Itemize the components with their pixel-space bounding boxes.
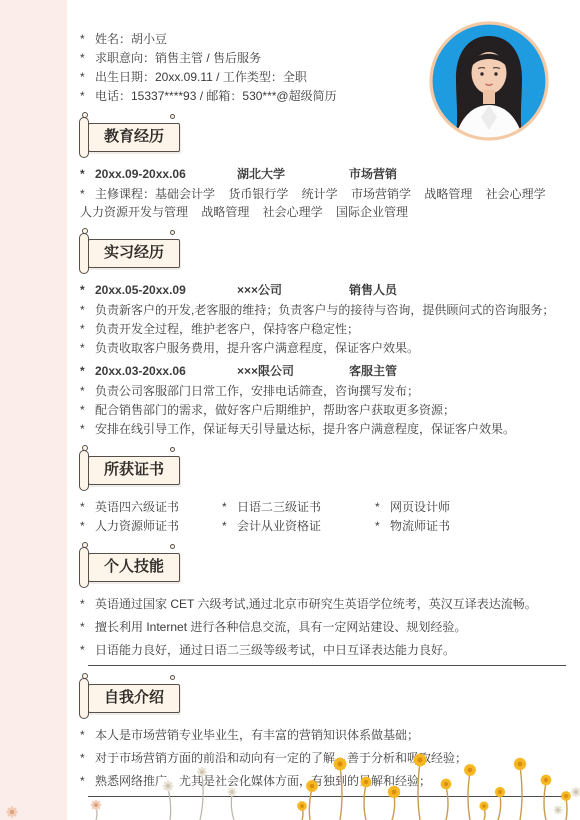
internship-section-header: 实习经历	[88, 239, 180, 268]
scroll-nub-icon	[82, 112, 88, 118]
certificate-text: 英语四六级证书	[95, 500, 179, 514]
certificate-text: 日语二三级证书	[237, 500, 321, 514]
job-duty-item: *负责新客户的开发,老客服的维持；负责客户与的接待与咨询，提供顾问式的咨询服务；	[80, 301, 566, 319]
job-duty-item: *配合销售部门的需求，做好客户后期维护，帮助客户获取更多资源；	[80, 401, 566, 419]
job-duty-item: *负责公司客服部门日常工作，安排电话筛查，咨询撰写发布；	[80, 382, 566, 400]
skill-text: 擅长利用 Internet 进行各种信息交流，具有一定网站建设、规划经验。	[95, 620, 466, 634]
bullet-star: *	[80, 401, 95, 419]
skill-text: 英语通过国家 CET 六级考试,通过北京市研究生英语学位统考，英汉互译表达流畅。	[95, 597, 537, 611]
personal-contact-line: *电话：15337****93 / 邮箱：530***@超级简历	[80, 87, 566, 105]
resume-page: *姓名：胡小豆 *求职意向：销售主管 / 售后服务 *出生日期：20xx.09.…	[0, 0, 580, 820]
scroll-nub-icon	[82, 673, 88, 679]
job-duty-item: *负责收取客户服务费用，提升客户满意程度，保证客户效果。	[80, 339, 566, 357]
bullet-star: *	[80, 68, 95, 86]
personal-birth-text: 出生日期：20xx.09.11 / 工作类型：全职	[95, 70, 307, 84]
certificate-item: *人力资源师证书	[80, 517, 222, 535]
internship-section: 实习经历 * 20xx.05-20xx.09 ×××公司 销售人员 *负责新客户…	[80, 239, 566, 438]
bullet-star: *	[80, 420, 95, 438]
personal-contact-text: 电话：15337****93 / 邮箱：530***@超级简历	[95, 89, 337, 103]
skills-section: 个人技能 *英语通过国家 CET 六级考试,通过北京市研究生英语学位统考，英汉互…	[80, 553, 566, 666]
scroll-roll-icon	[79, 547, 89, 588]
bullet-star: *	[80, 30, 95, 48]
scroll-nub-icon	[170, 230, 175, 235]
bullet-star: *	[80, 498, 95, 516]
job-company: ×××限公司	[237, 362, 349, 380]
flower-decoration-image	[0, 748, 580, 820]
certificates-section-title: 所获证书	[88, 456, 180, 485]
scroll-nub-icon	[170, 447, 175, 452]
bullet-star: *	[80, 281, 95, 299]
job-duty-list: *负责新客户的开发,老客服的维持；负责客户与的接待与咨询，提供顾问式的咨询服务；…	[80, 301, 566, 357]
skills-section-header: 个人技能	[88, 553, 180, 582]
bullet-star: *	[80, 517, 95, 535]
bullet-star: *	[222, 498, 237, 516]
certificate-text: 物流师证书	[390, 519, 450, 533]
skills-list: *英语通过国家 CET 六级考试,通过北京市研究生英语学位统考，英汉互译表达流畅…	[80, 595, 566, 659]
scroll-nub-icon	[82, 445, 88, 451]
certificates-section-header: 所获证书	[88, 456, 180, 485]
education-courses-line: *主修课程：基础会计学 货币银行学 统计学 市场营销学 战略管理 社会心理学 人…	[80, 185, 566, 221]
skill-text: 日语能力良好，通过日语二三级等级考试，中日互译表达能力良好。	[95, 643, 455, 657]
education-entry-row: * 20xx.09-20xx.06 湖北大学 市场营销	[80, 165, 566, 183]
job-duty-text: 负责开发全过程，维护老客户，保持客户稳定性；	[95, 322, 359, 336]
personal-birth-line: *出生日期：20xx.09.11 / 工作类型：全职	[80, 68, 566, 86]
resume-content: *姓名：胡小豆 *求职意向：销售主管 / 售后服务 *出生日期：20xx.09.…	[0, 0, 580, 797]
certificate-text: 网页设计师	[390, 500, 450, 514]
bullet-star: *	[375, 517, 390, 535]
scroll-nub-icon	[170, 114, 175, 119]
education-section-header: 教育经历	[88, 123, 180, 152]
bullet-star: *	[80, 87, 95, 105]
scroll-nub-icon	[82, 542, 88, 548]
job-period: 20xx.05-20xx.09	[95, 281, 237, 299]
skills-section-title: 个人技能	[88, 553, 180, 582]
bullet-star: *	[80, 320, 95, 338]
bullet-star: *	[80, 362, 95, 380]
bullet-star: *	[80, 185, 95, 203]
personal-objective-text: 求职意向：销售主管 / 售后服务	[95, 51, 261, 65]
certificates-grid: *英语四六级证书 *日语二三级证书 *网页设计师 *人力资源师证书 *会计从业资…	[80, 498, 566, 535]
job-duty-text: 负责公司客服部门日常工作，安排电话筛查，咨询撰写发布；	[95, 384, 419, 398]
bullet-star: *	[80, 382, 95, 400]
scroll-roll-icon	[79, 450, 89, 491]
education-major: 市场营销	[349, 165, 566, 183]
certificates-section: 所获证书 *英语四六级证书 *日语二三级证书 *网页设计师 *人力资源师证书 *…	[80, 456, 566, 535]
skill-item: *英语通过国家 CET 六级考试,通过北京市研究生英语学位统考，英汉互译表达流畅…	[80, 595, 566, 613]
self-intro-item: *本人是市场营销专业毕业生，有丰富的营销知识体系做基础；	[80, 726, 566, 744]
certificate-item: *会计从业资格证	[222, 517, 375, 535]
scroll-roll-icon	[79, 233, 89, 274]
job-position: 客服主管	[349, 362, 566, 380]
certificate-item: *物流师证书	[375, 517, 566, 535]
job-duty-text: 配合销售部门的需求，做好客户后期维护，帮助客户获取更多资源；	[95, 403, 455, 417]
job-duty-text: 安排在线引导工作，保证每天引导量达标，提升客户满意程度，保证客户效果。	[95, 422, 515, 436]
job-period: 20xx.03-20xx.06	[95, 362, 237, 380]
bullet-star: *	[80, 726, 95, 744]
personal-name-text: 姓名：胡小豆	[95, 32, 167, 46]
bullet-star: *	[80, 595, 95, 613]
scroll-nub-icon	[82, 228, 88, 234]
bullet-star: *	[222, 517, 237, 535]
internship-section-title: 实习经历	[88, 239, 180, 268]
certificate-item: *网页设计师	[375, 498, 566, 516]
scroll-roll-icon	[79, 117, 89, 158]
internship-entry-row: * 20xx.03-20xx.06 ×××限公司 客服主管	[80, 362, 566, 380]
internship-entry-row: * 20xx.05-20xx.09 ×××公司 销售人员	[80, 281, 566, 299]
education-period: 20xx.09-20xx.06	[95, 165, 237, 183]
job-duty-item: *安排在线引导工作，保证每天引导量达标，提升客户满意程度，保证客户效果。	[80, 420, 566, 438]
education-school: 湖北大学	[237, 165, 349, 183]
job-position: 销售人员	[349, 281, 566, 299]
section-divider	[88, 665, 566, 666]
bullet-star: *	[80, 49, 95, 67]
personal-name-line: *姓名：胡小豆	[80, 30, 566, 48]
education-section-title: 教育经历	[88, 123, 180, 152]
bullet-star: *	[80, 301, 95, 319]
job-duty-list: *负责公司客服部门日常工作，安排电话筛查，咨询撰写发布； *配合销售部门的需求，…	[80, 382, 566, 438]
bullet-star: *	[80, 618, 95, 636]
bullet-star: *	[80, 339, 95, 357]
skill-item: *日语能力良好，通过日语二三级等级考试，中日互译表达能力良好。	[80, 641, 566, 659]
personal-info-section: *姓名：胡小豆 *求职意向：销售主管 / 售后服务 *出生日期：20xx.09.…	[80, 30, 566, 105]
scroll-roll-icon	[79, 678, 89, 719]
certificate-item: *英语四六级证书	[80, 498, 222, 516]
certificate-item: *日语二三级证书	[222, 498, 375, 516]
job-company: ×××公司	[237, 281, 349, 299]
education-section: 教育经历 * 20xx.09-20xx.06 湖北大学 市场营销 *主修课程：基…	[80, 123, 566, 221]
scroll-nub-icon	[170, 675, 175, 680]
education-courses-text: 主修课程：基础会计学 货币银行学 统计学 市场营销学 战略管理 社会心理学 人力…	[80, 187, 559, 219]
self-intro-text: 本人是市场营销专业毕业生，有丰富的营销知识体系做基础；	[95, 728, 419, 742]
self-intro-section-header: 自我介绍	[88, 684, 180, 713]
job-duty-text: 负责新客户的开发,老客服的维持；负责客户与的接待与咨询，提供顾问式的咨询服务；	[95, 303, 554, 317]
scroll-nub-icon	[170, 544, 175, 549]
bullet-star: *	[80, 641, 95, 659]
certificate-text: 人力资源师证书	[95, 519, 179, 533]
personal-objective-line: *求职意向：销售主管 / 售后服务	[80, 49, 566, 67]
bullet-star: *	[375, 498, 390, 516]
job-duty-text: 负责收取客户服务费用，提升客户满意程度，保证客户效果。	[95, 341, 419, 355]
job-duty-item: *负责开发全过程，维护老客户，保持客户稳定性；	[80, 320, 566, 338]
certificate-text: 会计从业资格证	[237, 519, 321, 533]
bullet-star: *	[80, 165, 95, 183]
skill-item: *擅长利用 Internet 进行各种信息交流，具有一定网站建设、规划经验。	[80, 618, 566, 636]
self-intro-section-title: 自我介绍	[88, 684, 180, 713]
